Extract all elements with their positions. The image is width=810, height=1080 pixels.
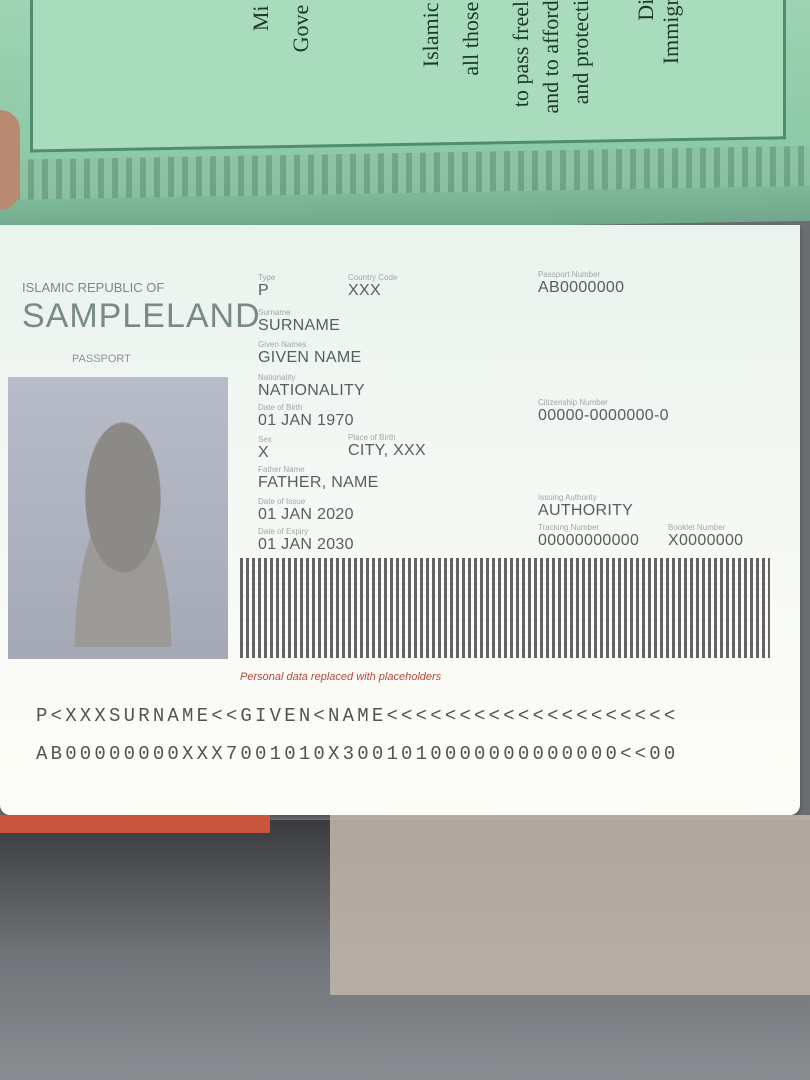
upper-page-panel: Mi Gove Islamic all those to pass freel … [30,0,786,152]
thumb [0,110,20,210]
holder-photo-placeholder [8,377,228,659]
field-date-of-issue: Date of Issue01 JAN 2020 [258,497,354,524]
upper-passport-page: Mi Gove Islamic all those to pass freel … [0,0,810,235]
field-passport-number: Passport NumberAB0000000 [538,270,624,297]
upper-text-col: Gove [288,5,314,53]
field-citizenship-number: Citizenship Number00000-0000000-0 [538,398,669,425]
field-father-name: Father NameFATHER, NAME [258,465,379,492]
2d-barcode [240,558,770,658]
person-silhouette-icon [48,417,198,647]
upper-text-col: and to afford [538,0,564,114]
field-surname: SurnameSURNAME [258,308,340,335]
upper-text-col: Islamic [418,2,444,67]
field-date-of-expiry: Date of Expiry01 JAN 2030 [258,527,354,554]
upper-text-col: Mi [248,5,274,31]
field-sex: SexX [258,435,272,462]
field-country-code: Country CodeXXX [348,273,397,300]
field-date-of-birth: Date of Birth01 JAN 1970 [258,403,354,430]
mrz-line-2: AB00000000XXX7001010X3001010000000000000… [36,743,678,765]
upper-text-col: Di [633,0,659,21]
mrz-line-1: P<XXXSURNAME<<GIVEN<NAME<<<<<<<<<<<<<<<<… [36,705,678,727]
field-issuing-authority: Issuing AuthorityAUTHORITY [538,493,633,520]
issuer-heading: Islamic Republic of [22,280,164,295]
upper-text-col: Immigr [658,0,684,65]
field-booklet-number: Booklet NumberX0000000 [668,523,743,550]
upper-text-col: and protecti [568,0,594,105]
document-label: Passport [72,353,131,365]
guilloche-border [0,146,810,200]
field-type: TypeP [258,273,275,300]
upper-text-col: to pass freel [508,1,534,108]
field-nationality: NationalityNATIONALITY [258,373,365,400]
upper-text-col: all those [458,2,484,76]
passport-data-page: Islamic Republic of SAMPLELAND Passport … [0,225,800,815]
field-tracking-number: Tracking Number00000000000 [538,523,639,550]
field-place-of-birth: Place of BirthCITY, XXX [348,433,426,460]
issuer-country: SAMPLELAND [22,297,261,336]
placeholder-note: Personal data replaced with placeholders [240,671,441,683]
red-object-edge [0,815,270,833]
background-carpet [330,815,810,995]
field-given-names: Given NamesGIVEN NAME [258,340,361,367]
